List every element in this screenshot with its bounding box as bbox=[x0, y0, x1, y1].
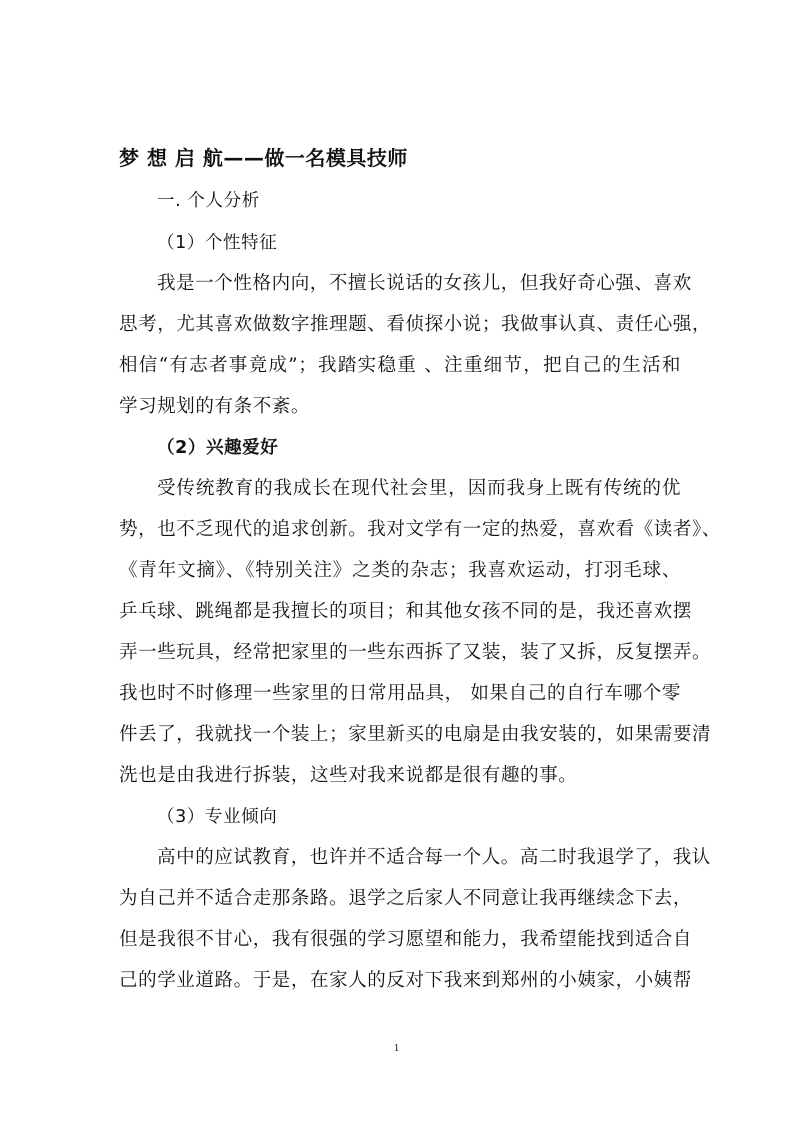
paragraph-line: 我是一个性格内向，不擅长说话的女孩儿，但我好奇心强、喜欢 bbox=[157, 272, 681, 296]
paragraph-line: 件丢了，我就找一个装上；家里新买的电扇是由我安装的，如果需要清 bbox=[119, 723, 681, 747]
paragraph-line: 势，也不乏现代的追求创新。我对文学有一定的热爱，喜欢看《读者》、 bbox=[119, 518, 681, 542]
paragraph-line: 弄一些玩具，经常把家里的一些东西拆了又装，装了又拆，反复摆弄。 bbox=[119, 641, 681, 665]
paragraph-line: 高中的应试教育，也许并不适合每一个人。高二时我退学了，我认 bbox=[157, 846, 681, 870]
paragraph-line: 受传统教育的我成长在现代社会里，因而我身上既有传统的优 bbox=[157, 477, 681, 501]
subsection-heading-personality: （1）个性特征 bbox=[157, 231, 719, 255]
paragraph-line: 洗也是由我进行拆装，这些对我来说都是很有趣的事。 bbox=[119, 764, 681, 788]
document-title: 梦 想 启 航——做一名模具技师 bbox=[119, 146, 681, 170]
paragraph-line: 为自己并不适合走那条路。退学之后家人不同意让我再继续念下去， bbox=[119, 887, 681, 911]
section-heading-personal-analysis: 一. 个人分析 bbox=[157, 189, 719, 213]
paragraph-line: 乒乓球、跳绳都是我擅长的项目；和其他女孩不同的是，我还喜欢摆 bbox=[119, 600, 681, 624]
paragraph-line: 我也时不时修理一些家里的日常用品具， 如果自己的自行车哪个零 bbox=[119, 682, 681, 706]
subsection-heading-interests: （2）兴趣爱好 bbox=[157, 436, 719, 460]
subsection-heading-major-tendency: （3）专业倾向 bbox=[157, 805, 719, 829]
paragraph-line: 但是我很不甘心，我有很强的学习愿望和能力，我希望能找到适合自 bbox=[119, 928, 681, 952]
paragraph-line: 己的学业道路。于是，在家人的反对下我来到郑州的小姨家，小姨帮 bbox=[119, 969, 681, 993]
document-page: 梦 想 启 航——做一名模具技师 一. 个人分析 （1）个性特征 我是一个性格内… bbox=[0, 0, 793, 1122]
paragraph-line: 《青年文摘》、《特别关注》之类的杂志；我喜欢运动，打羽毛球、 bbox=[119, 559, 681, 583]
paragraph-line: 学习规划的有条不紊。 bbox=[119, 395, 681, 419]
page-number: 1 bbox=[0, 1042, 793, 1054]
paragraph-line: 思考，尤其喜欢做数字推理题、看侦探小说；我做事认真、责任心强， bbox=[119, 313, 681, 337]
paragraph-line: 相信“有志者事竟成”；我踏实稳重 、注重细节，把自己的生活和 bbox=[119, 354, 681, 378]
